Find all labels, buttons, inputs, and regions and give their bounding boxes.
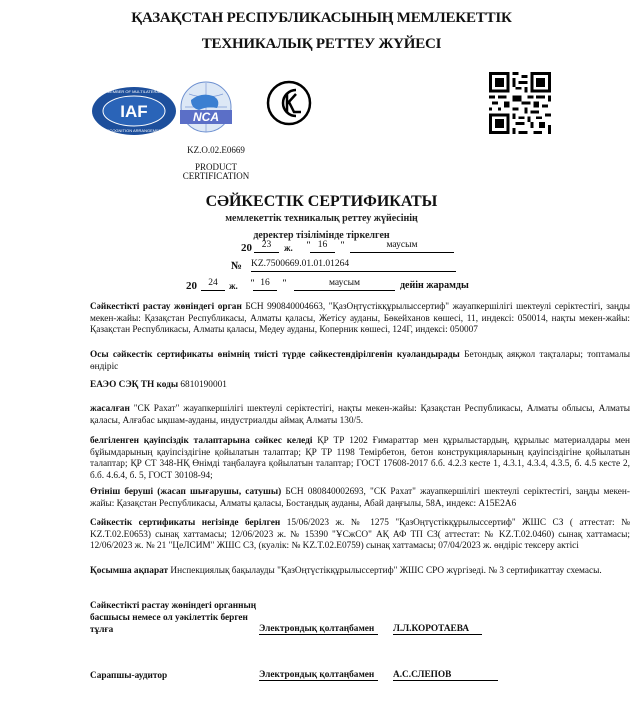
valid-quote-close: " [282,278,287,288]
certificate-number: KZ.7500669.01.01.01264 [251,259,456,272]
signer-2-name: А.С.СЛЕПОВ [393,670,498,681]
section-label: Өтініш беруші (жасап шығарушы, сатушы) [90,487,281,497]
header-line-1: ҚАЗАҚСТАН РЕСПУБЛИКАСЫНЫҢ МЕМЛЕКЕТТІК [0,10,643,27]
signer-1-role-line-2: басшысы немесе ол уәкілеттік берген [90,613,248,624]
section-label: жасалған [90,404,130,414]
signer-2-method: Электрондық қолтаңбамен [259,670,378,681]
section-text: 6810190001 [178,380,227,390]
qr-code [489,72,551,134]
certificate-number-label: № [231,260,242,272]
svg-text:NCA: NCA [193,110,219,124]
section-basis: Сәйкестік сертификаты негізінде берілген… [90,518,630,553]
registered-century: 20 [241,242,252,254]
valid-day: 16 [253,278,277,291]
signer-2-role-line-1: Сарапшы-аудитор [90,671,167,682]
signer-1-name: Л.Л.КОРОТАЕВА [393,624,482,635]
section-manufacturer: жасалған "СК Рахат" жауапкершілігі шекте… [90,404,630,427]
valid-century: 20 [186,280,197,292]
header-line-2: ТЕХНИКАЛЫҚ РЕТТЕУ ЖҮЙЕСІ [0,36,643,53]
registered-quote-close: " [340,240,345,250]
valid-month: маусым [294,278,395,291]
section-label: Осы сәйкестік сертификаты өнімнің тиісті… [90,350,460,360]
section-text: "СК Рахат" жауапкершілігі шектеулі серік… [90,404,630,426]
svg-text:RECOGNITION ARRANGEMENT: RECOGNITION ARRANGEMENT [104,128,165,133]
valid-year: 24 [201,278,225,291]
valid-suffix: дейін жарамды [400,280,469,291]
section-label: Қосымша ақпарат [90,566,168,576]
registered-year-suffix: ж. [284,243,293,253]
signer-1-role-line-3: тұлға [90,625,113,636]
section-certification-body: Сәйкестікті растау жөніндегі орган БСН 9… [90,302,630,337]
valid-year-suffix: ж. [229,281,238,291]
kc-conformity-logo [266,80,312,126]
svg-text:IAF: IAF [120,102,147,121]
certificate-title: СӘЙКЕСТІК СЕРТИФИКАТЫ [0,193,643,211]
registered-year: 23 [254,240,279,253]
nca-logo: NCA [177,80,235,138]
signer-1-role-line-1: Сәйкестікті растау жөніндегі органның [90,601,256,612]
section-label: Сәйкестік сертификаты негізінде берілген [90,518,280,528]
section-requirements: белгіленген қауіпсіздік талаптарына сәйк… [90,436,630,482]
section-label: белгіленген қауіпсіздік талаптарына сәйк… [90,436,312,446]
section-text: Инспекциялық бақылауды "ҚазОңтүстікқұрыл… [168,566,602,576]
accreditation-line-2: CERTIFICATION [166,171,266,181]
accreditation-code: KZ.O.02.E0669 [166,145,266,155]
section-tn-code: ЕАЭО СЭҚ ТН коды 6810190001 [90,380,630,392]
registered-day: 16 [310,240,335,253]
certificate-subtitle-1: мемлекеттік техникалық реттеу жүйесінің [0,213,643,224]
section-product: Осы сәйкестік сертификаты өнімнің тиісті… [90,350,630,373]
section-additional-info: Қосымша ақпарат Инспекциялық бақылауды "… [90,566,630,578]
section-label: ЕАЭО СЭҚ ТН коды [90,380,178,390]
svg-text:MEMBER OF MULTILATERAL: MEMBER OF MULTILATERAL [107,89,162,94]
registered-month: маусым [350,240,454,253]
iaf-logo: IAF MEMBER OF MULTILATERAL RECOGNITION A… [91,86,177,136]
signer-1-method: Электрондық қолтаңбамен [259,624,378,635]
section-label: Сәйкестікті растау жөніндегі орган [90,302,242,312]
section-applicant: Өтініш беруші (жасап шығарушы, сатушы) Б… [90,487,630,510]
